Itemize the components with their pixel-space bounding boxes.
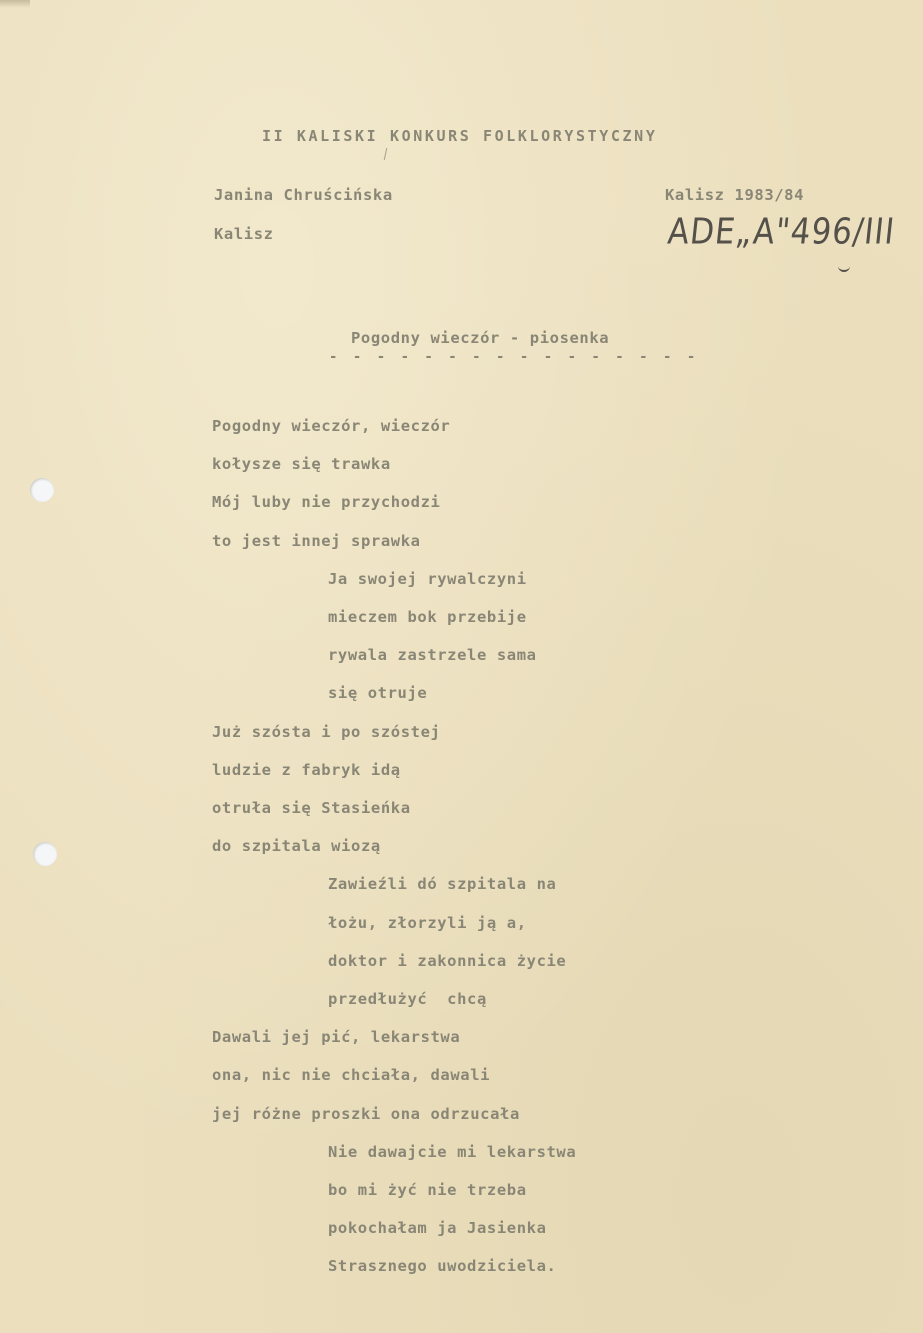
lyric-line: pokochałam ja Jasienka <box>328 1221 547 1237</box>
place-date: Kalisz 1983/84 <box>665 188 804 204</box>
lyric-line: rywala zastrzele sama <box>328 648 537 664</box>
lyric-line: Już szósta i po szóstej <box>212 725 440 741</box>
song-title: Pogodny wieczór - piosenka <box>351 331 609 347</box>
lyric-line: ludzie z fabryk idą <box>212 763 401 779</box>
lyric-line: mieczem bok przebije <box>328 610 527 626</box>
author-city: Kalisz <box>214 227 274 243</box>
lyric-line: kołysze się trawka <box>212 457 391 473</box>
lyric-line: to jest innej sprawka <box>212 534 421 550</box>
lyric-line: bo mi żyć nie trzeba <box>328 1183 527 1199</box>
lyric-line: Strasznego uwodziciela. <box>328 1259 556 1275</box>
lyric-line: Pogodny wieczór, wieczór <box>212 419 450 435</box>
lyric-line: Ja swojej rywalczyni <box>328 572 527 588</box>
lyric-line: Nie dawajcie mi lekarstwa <box>328 1145 576 1161</box>
typewritten-page: II KALISKI KONKURS FOLKLORYSTYCZNY Janin… <box>0 0 923 1333</box>
author-name: Janina Chruścińska <box>214 188 393 204</box>
lyric-line: Mój luby nie przychodzi <box>212 495 440 511</box>
page-corner-shadow <box>0 0 30 8</box>
punch-hole-top <box>30 478 54 502</box>
lyric-line: przedłużyć chcą <box>328 992 487 1008</box>
contest-header: II KALISKI KONKURS FOLKLORYSTYCZNY <box>262 129 657 144</box>
stray-mark <box>384 148 387 160</box>
archive-signature: ADE„A"496/III <box>666 211 897 252</box>
lyric-line: ona, nic nie chciała, dawali <box>212 1068 490 1084</box>
lyric-line: Dawali jej pić, lekarstwa <box>212 1030 460 1046</box>
lyric-line: Zawieźli dó szpitala na <box>328 877 556 893</box>
title-underline: - - - - - - - - - - - - - - - - <box>329 350 699 364</box>
lyric-line: doktor i zakonnica życie <box>328 954 566 970</box>
lyric-line: otruła się Stasieńka <box>212 801 411 817</box>
punch-hole-bottom <box>33 842 57 866</box>
signature-tick-mark <box>838 262 850 272</box>
lyric-line: łożu, złorzyli ją a, <box>328 916 527 932</box>
lyric-line: do szpitala wiozą <box>212 839 381 855</box>
lyric-line: się otruje <box>328 686 427 702</box>
lyric-line: jej różne proszki ona odrzucała <box>212 1107 520 1123</box>
